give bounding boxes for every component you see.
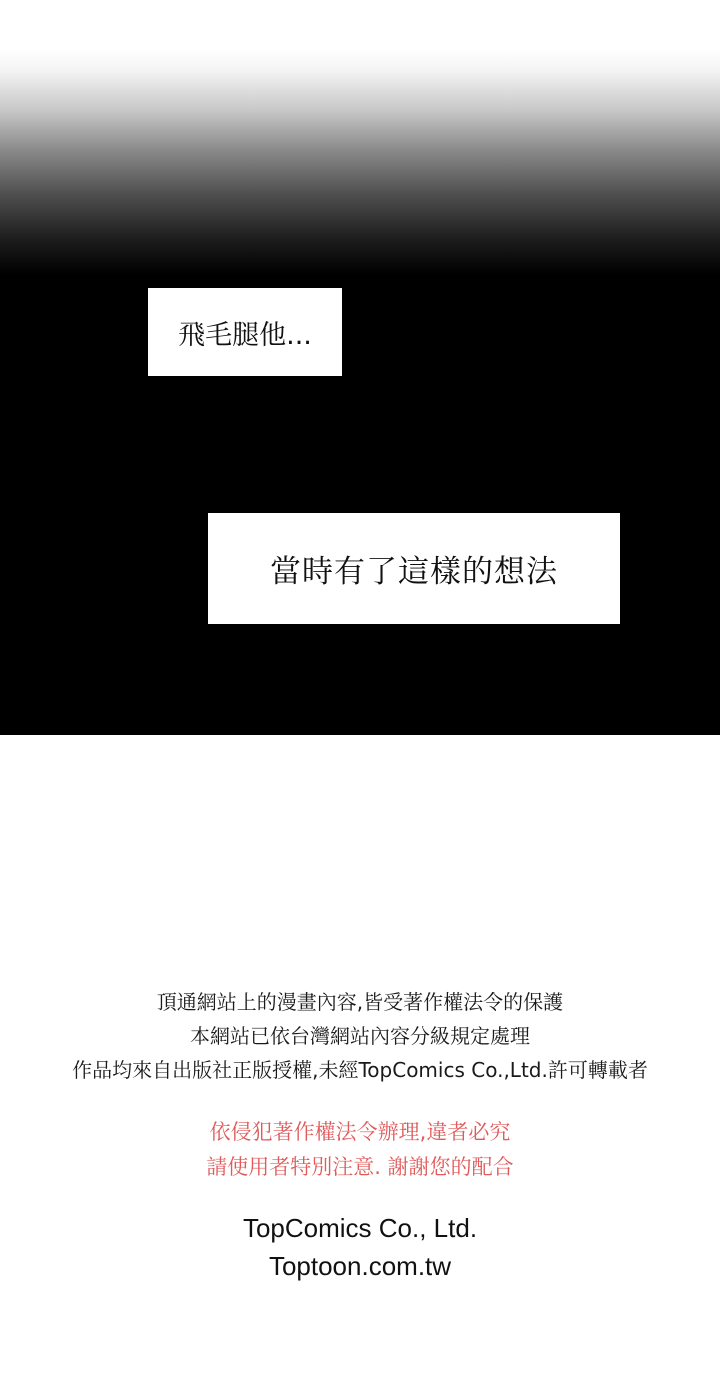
legal-warning: 依侵犯著作權法令辦理,違者必究 請使用者特別注意. 謝謝您的配合 xyxy=(0,1115,720,1185)
brand-footer: TopComics Co., Ltd. Toptoon.com.tw xyxy=(0,1209,720,1285)
caption-box: 飛毛腿他... xyxy=(148,288,342,376)
warning-line: 請使用者特別注意. 謝謝您的配合 xyxy=(0,1150,720,1185)
company-name: TopComics Co., Ltd. xyxy=(0,1209,720,1247)
notice-line: 作品均來自出版社正版授權,未經TopComics Co.,Ltd.許可轉載者 xyxy=(0,1053,720,1087)
website-link[interactable]: Toptoon.com.tw xyxy=(0,1247,720,1285)
comic-panel: 飛毛腿他... 當時有了這樣的想法 xyxy=(0,0,720,735)
copyright-notice: 頂通網站上的漫畫內容,皆受著作權法令的保護 本網站已依台灣網站內容分級規定處理 … xyxy=(0,985,720,1087)
notice-line: 本網站已依台灣網站內容分級規定處理 xyxy=(0,1019,720,1053)
caption-text: 飛毛腿他... xyxy=(178,313,312,352)
caption-text: 當時有了這樣的想法 xyxy=(270,546,558,591)
warning-line: 依侵犯著作權法令辦理,違者必究 xyxy=(0,1115,720,1150)
notice-line: 頂通網站上的漫畫內容,皆受著作權法令的保護 xyxy=(0,985,720,1019)
caption-box: 當時有了這樣的想法 xyxy=(208,513,620,624)
